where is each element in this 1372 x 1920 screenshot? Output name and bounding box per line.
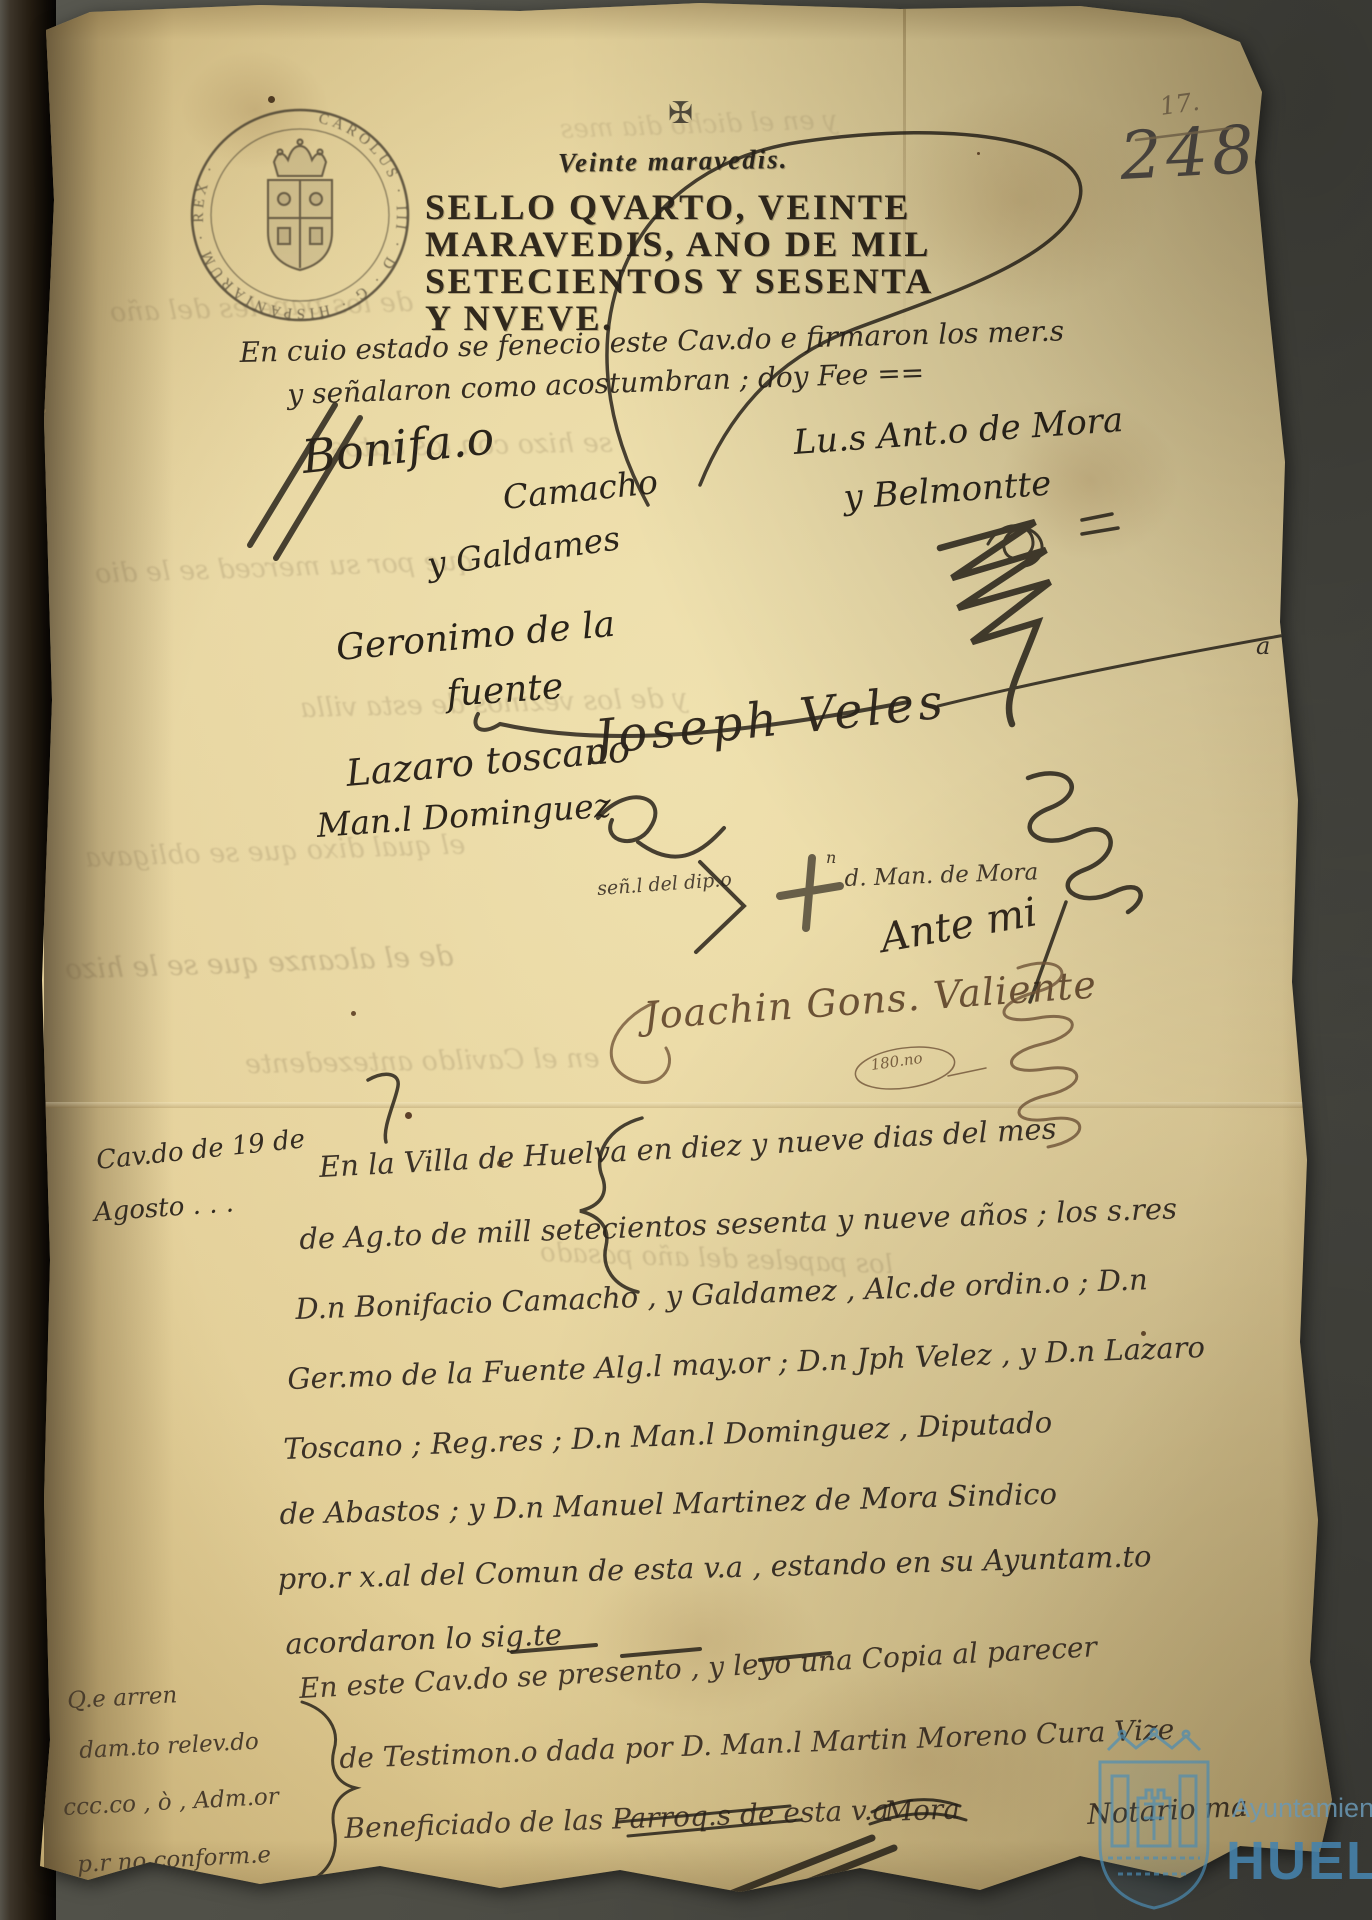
edge-fragment: go [18,165,44,189]
edge-fragment: q.e [14,400,47,424]
huelva-crest-watermark-icon [1078,1728,1230,1920]
edge-fragment: cs [18,1760,41,1784]
edge-fragment: Cc [6,500,34,524]
watermark-city-name: HUELVA [1226,1830,1372,1892]
scanned-document-photo: y en el dicho dia mes de los papeles del… [0,0,1372,1920]
edge-fragment: y [8,1600,20,1624]
edge-fragment: q [6,1290,19,1314]
edge-fragment: de [5,860,31,884]
edge-fragment: cu [8,1050,33,1074]
ink-flourishes [0,0,1372,1920]
edge-fragment: de [4,290,30,314]
edge-fragment: po [16,1150,42,1174]
edge-fragment: el [8,680,27,704]
edge-fragment: S [6,70,20,94]
paper-wrap: y en el dicho dia mes de los papeles del… [0,0,1372,1920]
edge-fragment: ss [18,950,40,974]
edge-fragment: de [16,1430,42,1454]
watermark-org-name: Ayuntamiento de [1232,1793,1372,1824]
manuscript-page: y en el dicho dia mes de los papeles del… [0,0,1372,1920]
edge-fragment: sn [16,770,40,794]
edge-fragment: se [20,590,43,614]
